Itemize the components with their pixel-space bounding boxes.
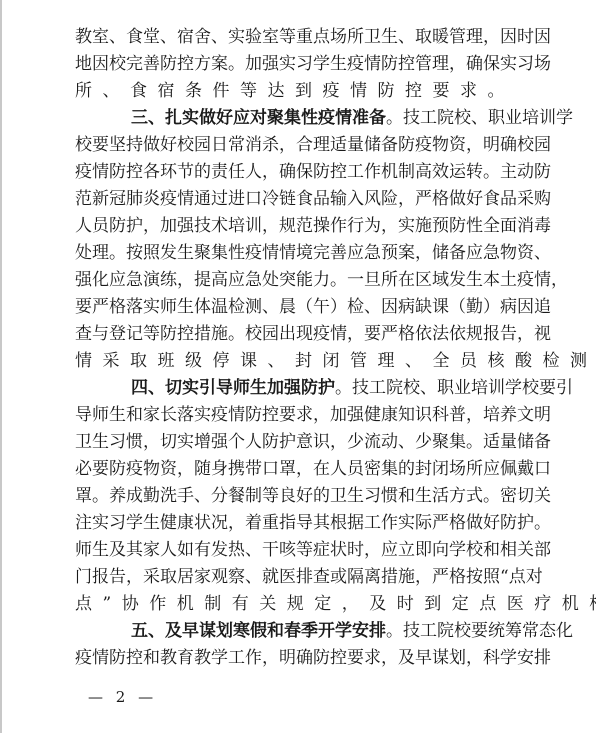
text-line: 查与登记等防控措施。校园出现疫情，要严格依法依规报告，视 bbox=[75, 321, 523, 348]
text-line: 情采取班级停课、封闭管理、全员核酸检测等处置措施。 bbox=[75, 348, 523, 375]
document-page: 教室、食堂、宿舍、实验室等重点场所卫生、取暖管理，因时因 地因校完善防控方案。加… bbox=[75, 24, 523, 672]
text-line: 疫情防控各环节的责任人，确保防控工作机制高效运转。主动防 bbox=[75, 159, 523, 186]
text-line: 处理。按照发生聚集性疫情情境完善应急预案，储备应急物资、 bbox=[75, 240, 523, 267]
text-run: 。技工院校要统筹常态化 bbox=[386, 621, 573, 641]
text-line: 疫情防控和教育教学工作，明确防控要求，及早谋划，科学安排 bbox=[75, 645, 523, 672]
section-heading-line-3: 三、扎实做好应对聚集性疫情准备。技工院校、职业培训学 bbox=[75, 105, 523, 132]
section-heading-line-5: 五、及早谋划寒假和春季开学安排。技工院校要统筹常态化 bbox=[75, 618, 523, 645]
text-line: 点”协作机制有关规定，及时到定点医疗机构就诊。 bbox=[75, 591, 523, 618]
text-line: 罩。养成勤洗手、分餐制等良好的卫生习惯和生活方式。密切关 bbox=[75, 483, 523, 510]
text-line: 所、食宿条件等达到疫情防控要求。 bbox=[75, 78, 523, 105]
text-line: 地因校完善防控方案。加强实习学生疫情防控管理，确保实习场 bbox=[75, 51, 523, 78]
text-run: 。技工院校、职业培训学 bbox=[386, 108, 573, 128]
section-heading-3: 三、扎实做好应对聚集性疫情准备 bbox=[131, 108, 386, 128]
text-line: 人员防护，加强技术培训，规范操作行为，实施预防性全面消毒 bbox=[75, 213, 523, 240]
section-heading-5: 五、及早谋划寒假和春季开学安排 bbox=[131, 621, 386, 641]
text-line: 注实习学生健康状况，着重指导其根据工作实际严格做好防护。 bbox=[75, 510, 523, 537]
page-left-border bbox=[0, 0, 2, 733]
text-line: 师生及其家人如有发热、干咳等症状时，应立即向学校和相关部 bbox=[75, 537, 523, 564]
text-line: 校要坚持做好校园日常消杀，合理适量储备防疫物资，明确校园 bbox=[75, 132, 523, 159]
text-line: 卫生习惯，切实增强个人防护意识，少流动、少聚集。适量储备 bbox=[75, 429, 523, 456]
text-line: 导师生和家长落实疫情防控要求，加强健康知识科普，培养文明 bbox=[75, 402, 523, 429]
section-heading-4: 四、切实引导师生加强防护 bbox=[131, 378, 335, 398]
text-line: 强化应急演练，提高应急处突能力。一旦所在区域发生本土疫情， bbox=[75, 267, 523, 294]
page-number: — 2 — bbox=[88, 687, 157, 707]
text-line: 要严格落实师生体温检测、晨（午）检、因病缺课（勤）病因追 bbox=[75, 294, 523, 321]
section-heading-line-4: 四、切实引导师生加强防护。技工院校、职业培训学校要引 bbox=[75, 375, 523, 402]
text-line: 范新冠肺炎疫情通过进口冷链食品输入风险，严格做好食品采购 bbox=[75, 186, 523, 213]
text-line: 教室、食堂、宿舍、实验室等重点场所卫生、取暖管理，因时因 bbox=[75, 24, 523, 51]
text-line: 门报告，采取居家观察、就医排查或隔离措施，严格按照“点对 bbox=[75, 564, 523, 591]
text-line: 必要防疫物资，随身携带口罩，在人员密集的封闭场所应佩戴口 bbox=[75, 456, 523, 483]
text-run: 。技工院校、职业培训学校要引 bbox=[335, 378, 573, 398]
